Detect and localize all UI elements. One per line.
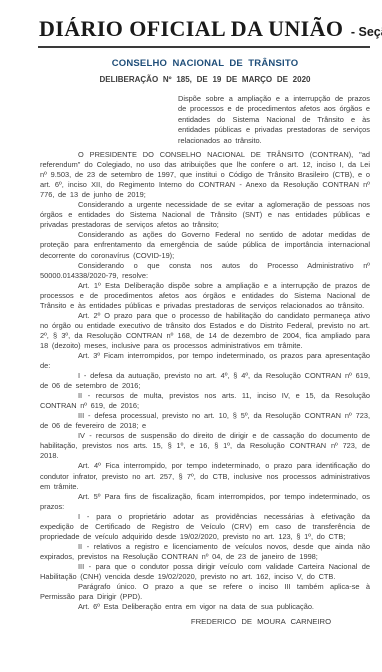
masthead: DIÁRIO OFICIAL DA UNIÃO - Seção 1 <box>39 16 382 42</box>
paragraph-art-5: Art. 5º Para fins de fiscalização, ficam… <box>40 492 370 512</box>
paragraph-preamble: O PRESIDENTE DO CONSELHO NACIONAL DE TRÂ… <box>40 150 370 200</box>
paragraph-art-3: Art. 3º Ficam interrompidos, por tempo i… <box>40 351 370 371</box>
paragraph-considerando-2: Considerando as ações do Governo Federal… <box>40 230 370 260</box>
paragraph-art-3-inciso-3: III - defesa processual, previsto no art… <box>40 411 370 431</box>
paragraph-art-5-inciso-1: I - para o proprietário adotar as provid… <box>40 512 370 542</box>
paragraph-art-5-inciso-2: II - relativos a registro e licenciament… <box>40 542 370 562</box>
paragraph-art-6: Art. 6º Esta Deliberação entra em vigor … <box>40 602 370 612</box>
organization-heading: CONSELHO NACIONAL DE TRÂNSITO <box>40 58 370 69</box>
deliberation-title: DELIBERAÇÃO Nº 185, DE 19 DE MARÇO DE 20… <box>40 75 370 84</box>
summary-ementa: Dispõe sobre a ampliação e a interrupção… <box>178 94 370 146</box>
signature-name: FREDERICO DE MOURA CARNEIRO <box>40 617 370 626</box>
paragraph-art-3-inciso-2: II - recursos de multa, previstos nos ar… <box>40 391 370 411</box>
paragraph-art-1: Art. 1º Esta Deliberação dispõe sobre a … <box>40 281 370 311</box>
paragraph-art-5-inciso-3: III - para que o condutor possa dirigir … <box>40 562 370 582</box>
masthead-section-label: - Seção 1 <box>351 25 382 39</box>
paragraph-considerando-3: Considerando o que consta nos autos do P… <box>40 261 370 281</box>
masthead-title: DIÁRIO OFICIAL DA UNIÃO <box>39 16 343 41</box>
document-body: CONSELHO NACIONAL DE TRÂNSITO DELIBERAÇÃ… <box>40 58 370 626</box>
paragraph-considerando-1: Considerando a urgente necessidade de se… <box>40 200 370 230</box>
paragraph-art-3-inciso-4: IV - recursos de suspensão do direito de… <box>40 431 370 461</box>
paragraph-paragrafo-unico: Parágrafo único. O prazo a que se refere… <box>40 582 370 602</box>
paragraph-art-2: Art. 2º O prazo para que o processo de h… <box>40 311 370 351</box>
paragraph-art-3-inciso-1: I - defesa da autuação, previsto no art.… <box>40 371 370 391</box>
gazette-page: DIÁRIO OFICIAL DA UNIÃO - Seção 1 CONSEL… <box>0 0 382 672</box>
header-divider <box>38 46 370 48</box>
paragraph-art-4: Art. 4º Fica interrompido, por tempo ind… <box>40 461 370 491</box>
